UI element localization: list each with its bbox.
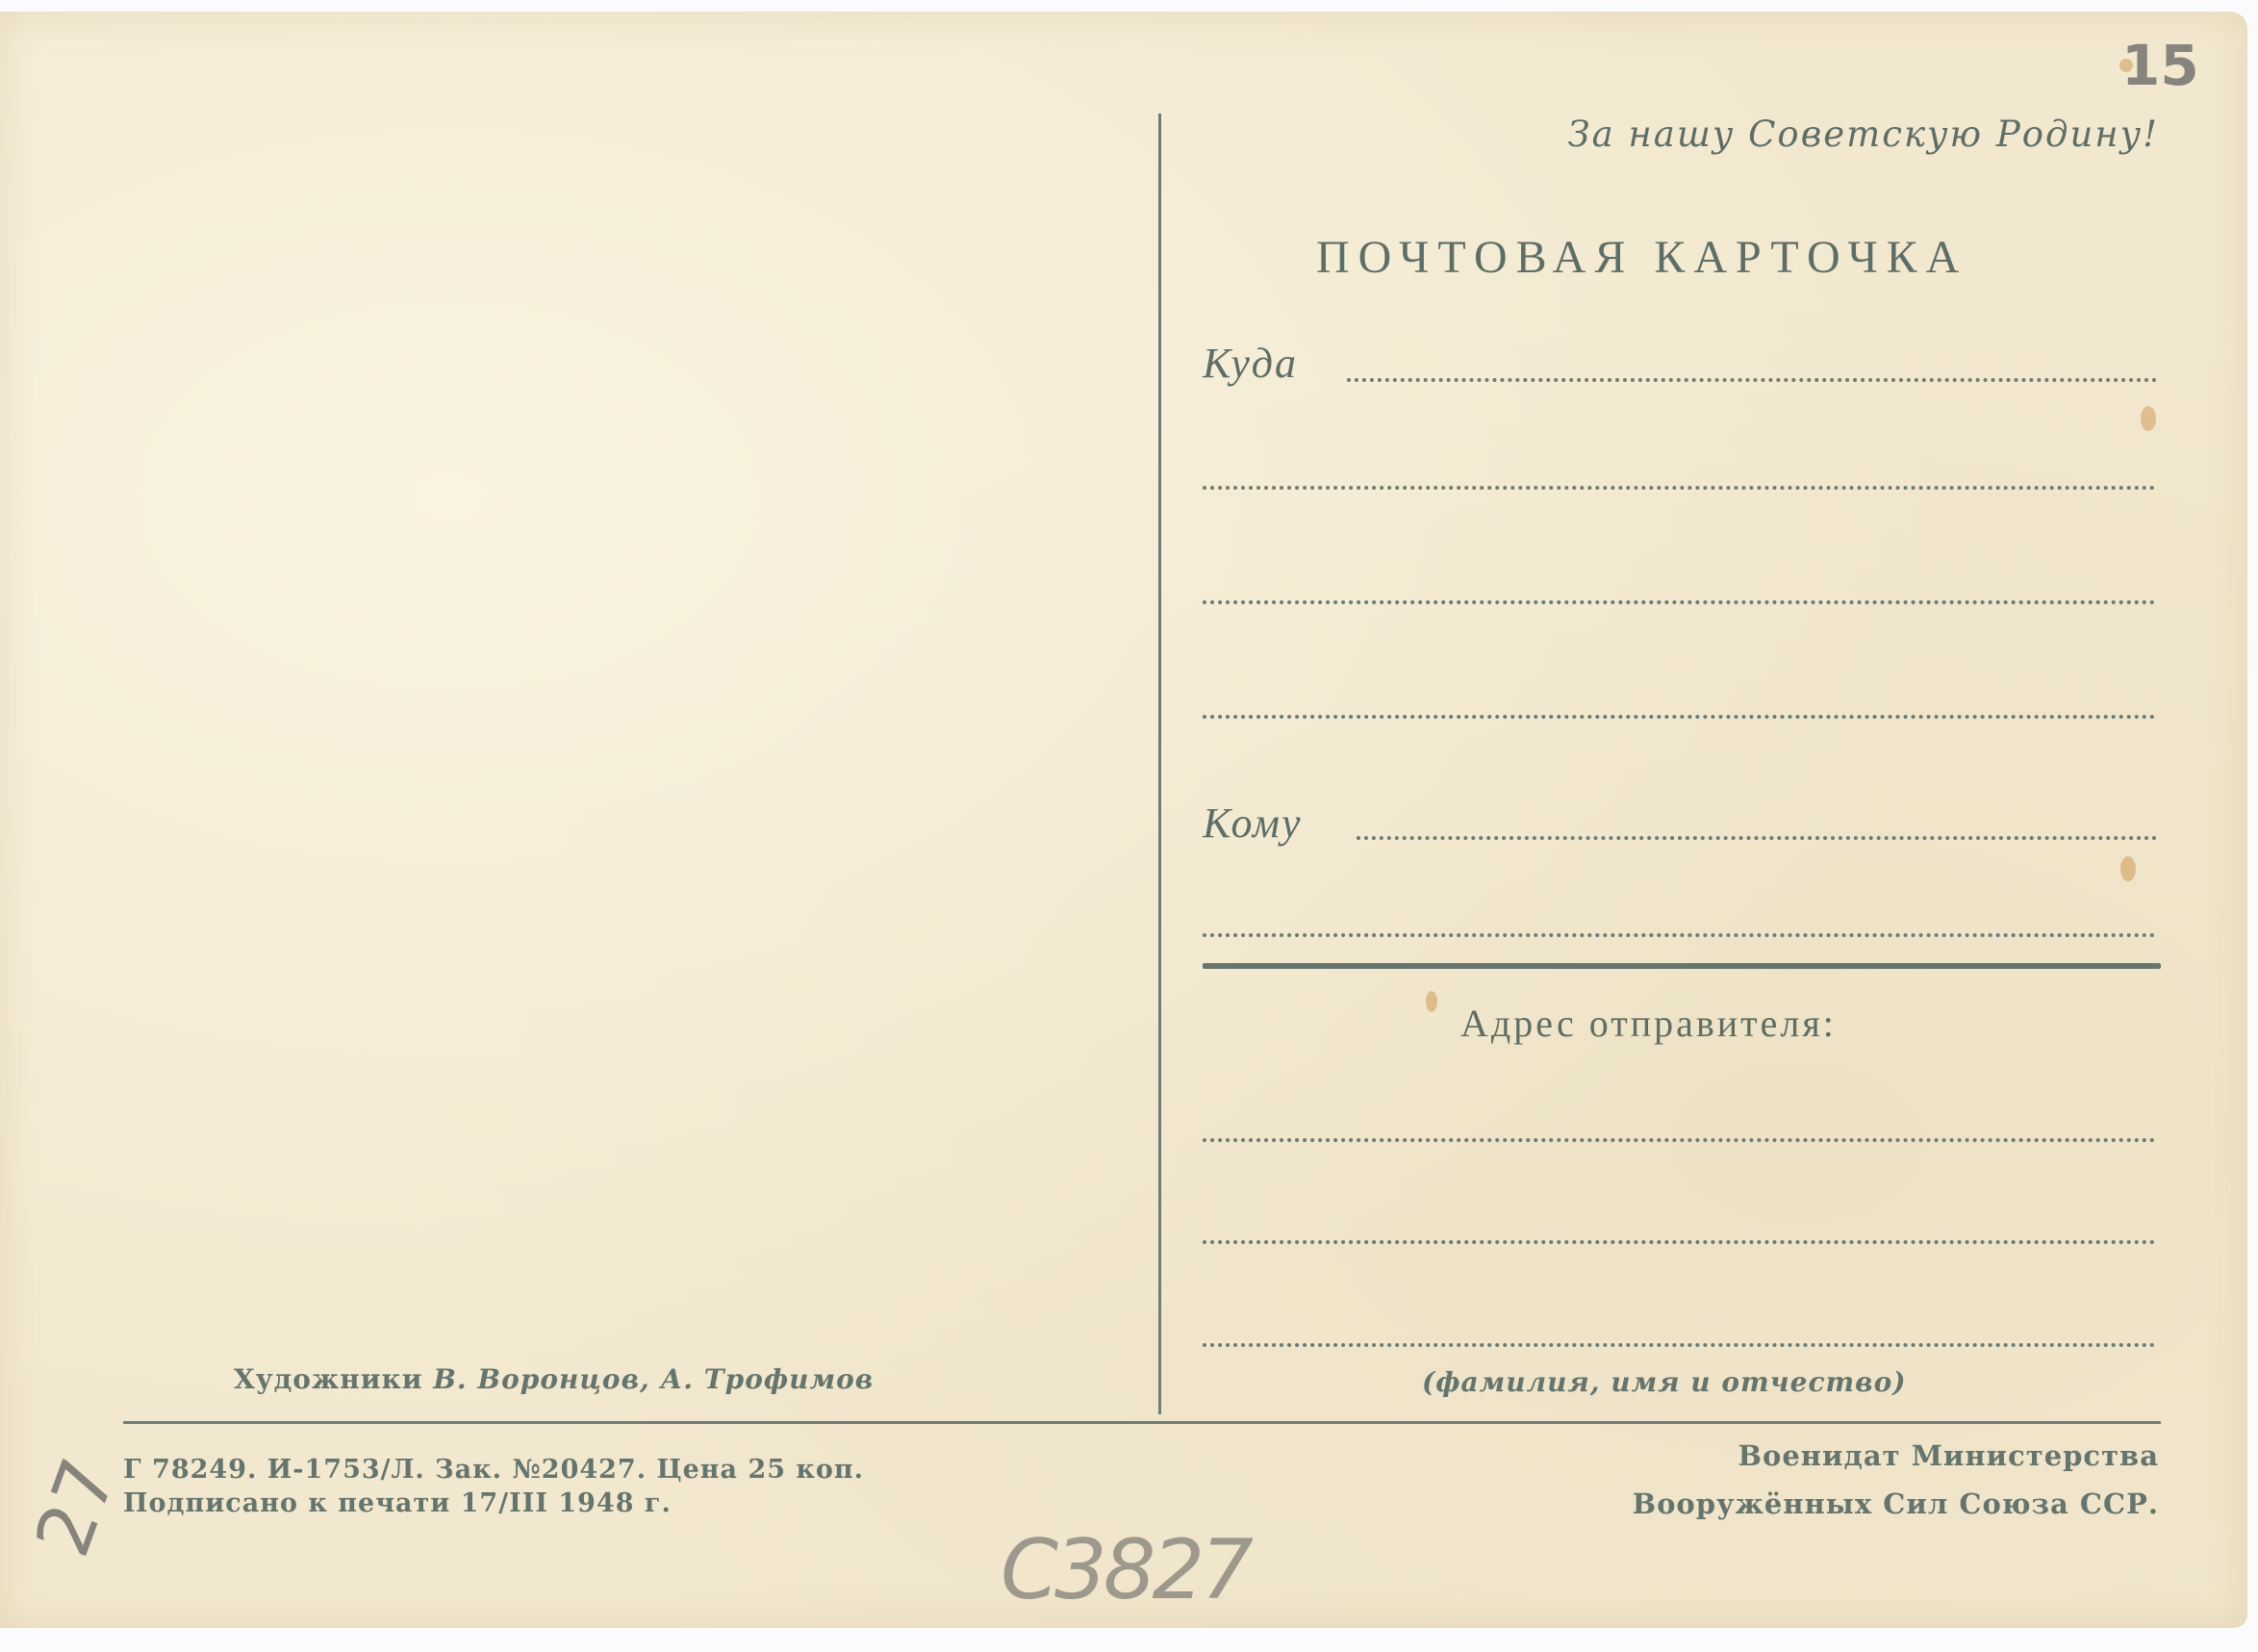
address-line-where-1[interactable]	[1347, 378, 2157, 382]
foxing-stain	[2141, 406, 2156, 431]
message-address-divider	[1158, 114, 1161, 1414]
sender-line-1[interactable]	[1203, 1138, 2155, 1142]
foxing-stain	[2120, 856, 2136, 881]
to-whom-label: Кому	[1203, 799, 1302, 848]
card-title: ПОЧТОВАЯ КАРТОЧКА	[1316, 231, 1967, 284]
address-line-where-3[interactable]	[1203, 600, 2155, 604]
address-line-where-4[interactable]	[1203, 715, 2155, 719]
address-line-where-2[interactable]	[1203, 486, 2155, 490]
artists-prefix: Художники	[234, 1363, 423, 1395]
sender-separator-rule	[1203, 963, 2161, 969]
artists-names: В. Воронцов, А. Трофимов	[433, 1363, 874, 1395]
address-line-whom-1[interactable]	[1357, 836, 2157, 840]
handwritten-note-left: 27	[19, 1448, 134, 1567]
publisher-line-1: Военидат Министерства	[1738, 1439, 2160, 1472]
footer-rule	[123, 1421, 2161, 1424]
sender-line-2[interactable]	[1203, 1240, 2155, 1244]
address-line-whom-2[interactable]	[1203, 933, 2155, 937]
slogan: За нашу Советскую Родину!	[1568, 114, 2159, 155]
handwritten-note-bottom: С3827	[1001, 1522, 1250, 1618]
foxing-stain	[1426, 991, 1437, 1012]
sender-name-hint: (фамилия, имя и отчество)	[1422, 1366, 1907, 1398]
imprint-line-1: Г 78249. И-1753/Л. Зак. №20427. Цена 25 …	[123, 1455, 864, 1485]
sender-address-label: Адрес отправителя:	[1460, 1001, 1837, 1046]
publisher-line-2: Вооружённых Сил Союза ССР.	[1633, 1487, 2159, 1520]
handwritten-note-top-right: 15	[2121, 33, 2199, 98]
imprint-line-2: Подписано к печати 17/III 1948 г.	[123, 1488, 672, 1518]
postcard-back: За нашу Советскую Родину! ПОЧТОВАЯ КАРТО…	[0, 12, 2247, 1628]
artists-credit: Художники В. Воронцов, А. Трофимов	[234, 1363, 874, 1395]
to-where-label: Куда	[1203, 339, 1298, 388]
sender-line-3[interactable]	[1203, 1343, 2155, 1347]
